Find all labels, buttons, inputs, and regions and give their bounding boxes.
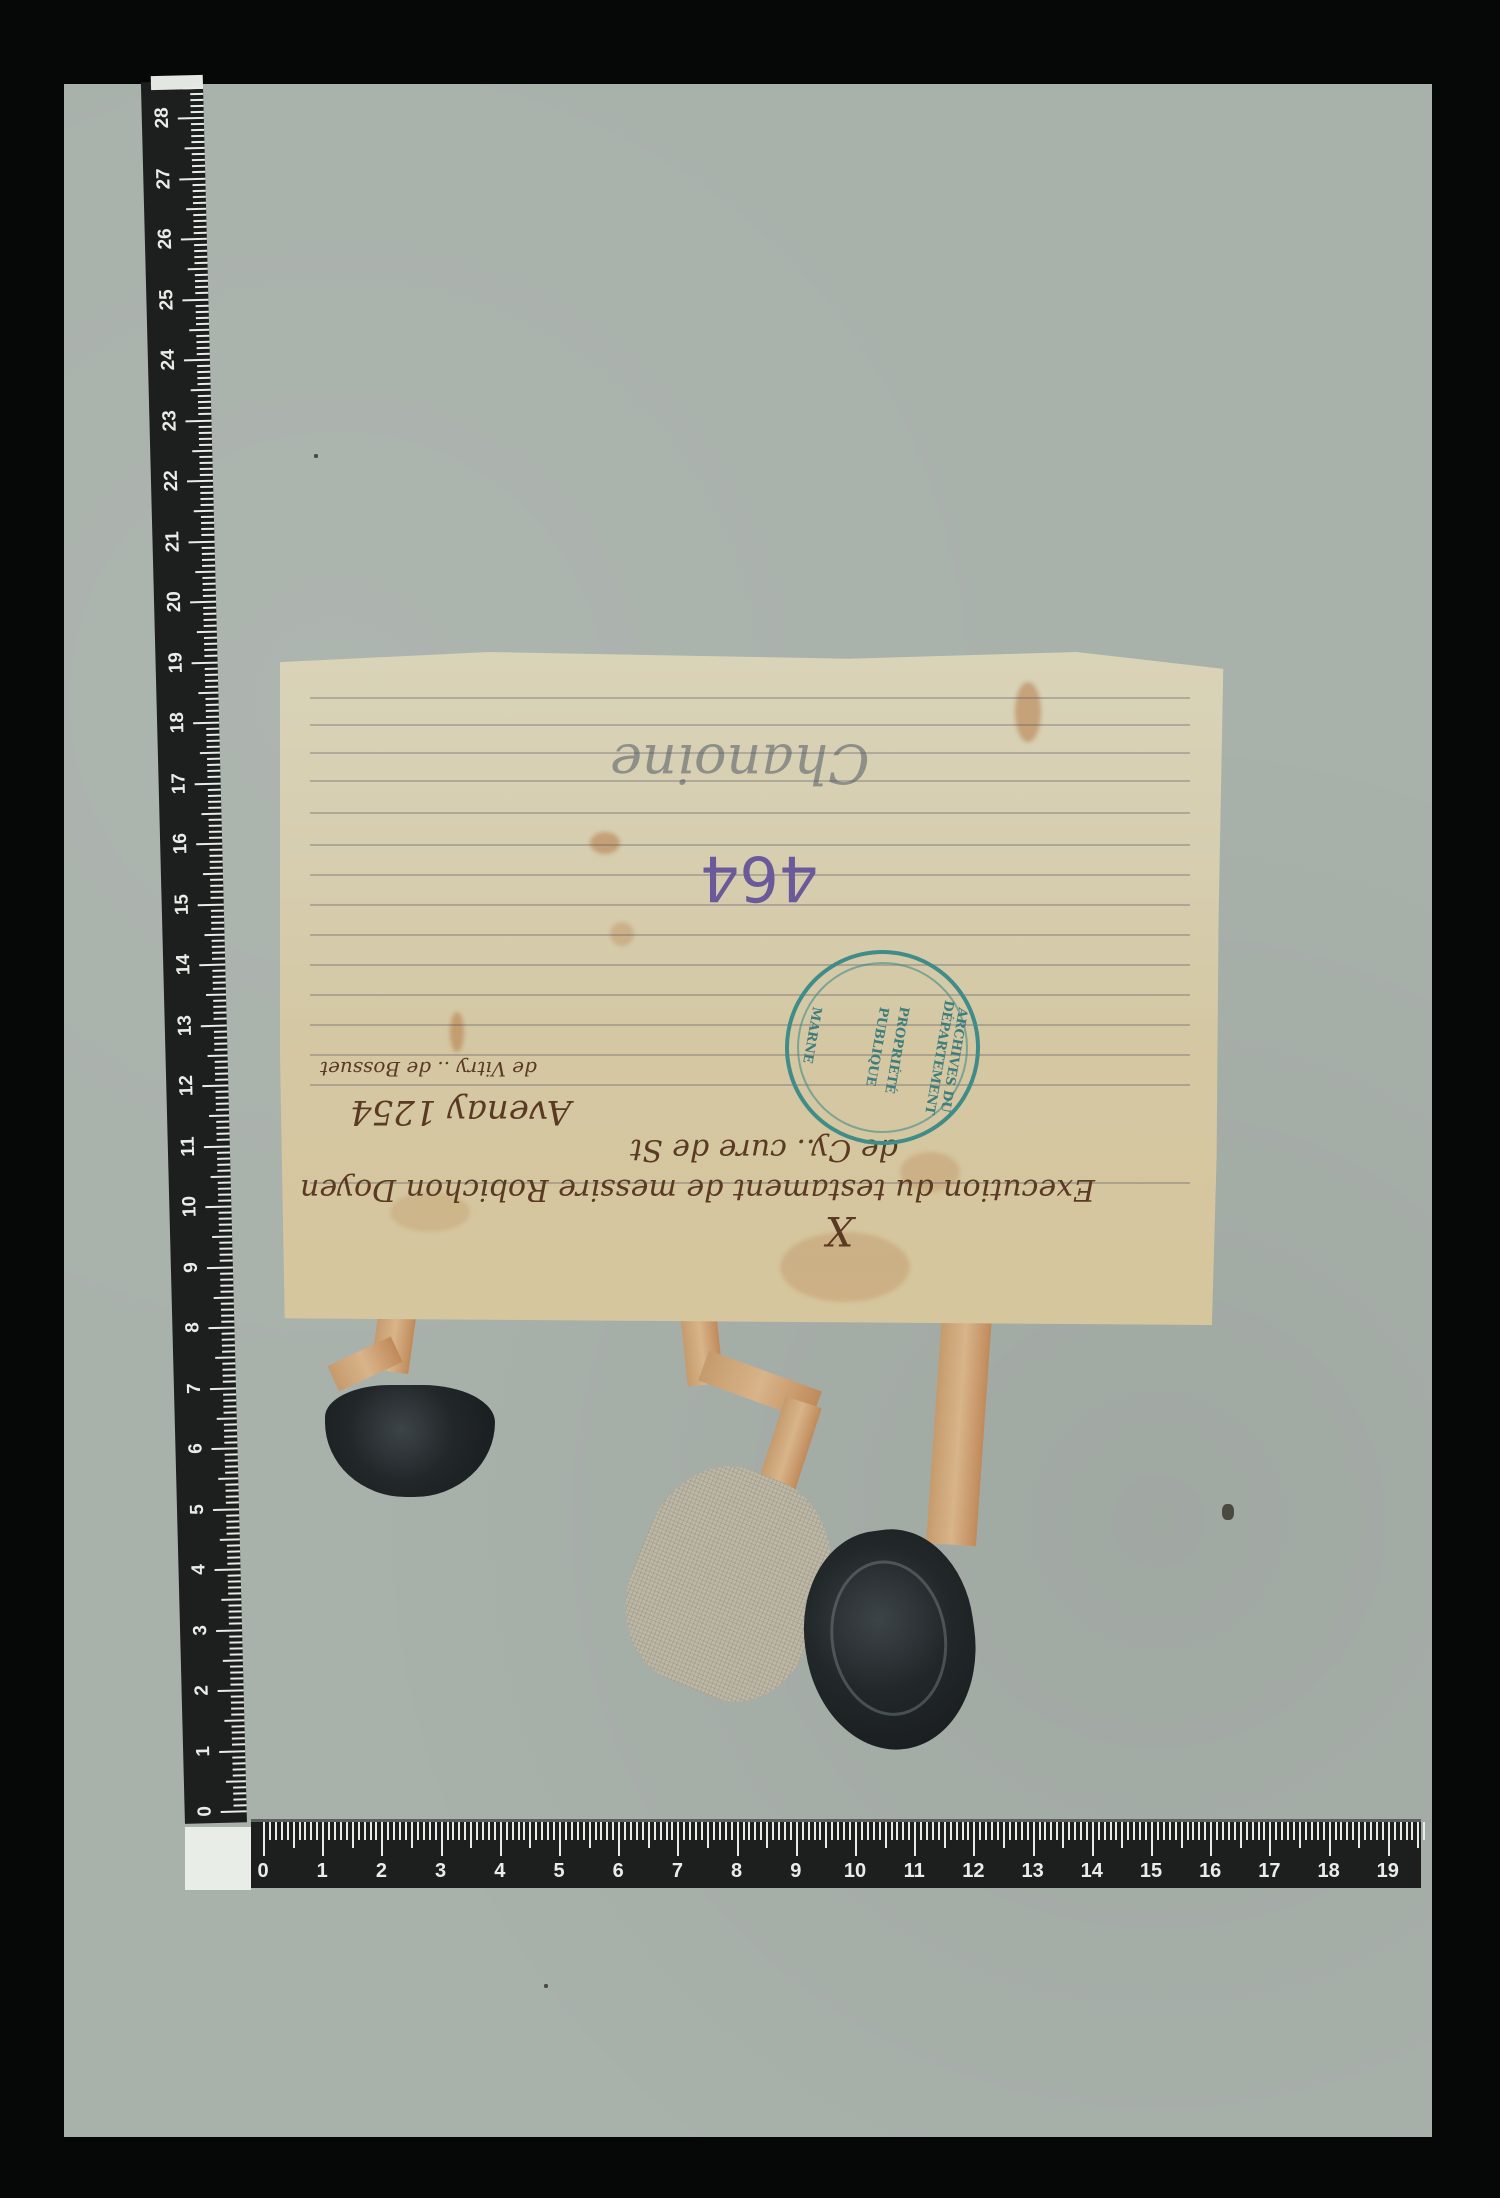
ruler-tick [223, 1399, 236, 1401]
ruler-tick [222, 1351, 235, 1353]
ruler-tick [210, 891, 223, 893]
ruler-tick [441, 1822, 443, 1856]
ruler-label: 6 [603, 1860, 633, 1883]
ruler-tick [1240, 1822, 1242, 1848]
ruler-tick [227, 1550, 240, 1552]
ruler-tick [223, 1405, 236, 1407]
ruler-label: 7 [184, 1373, 207, 1404]
ruler-label: 28 [151, 103, 174, 134]
ruler-tick [328, 1822, 330, 1840]
ruler-tick [849, 1822, 851, 1840]
ruler-tick [1358, 1822, 1360, 1848]
ruler-tick [802, 1822, 804, 1840]
ruler-tick [207, 740, 220, 742]
ruler-tick [1258, 1822, 1260, 1840]
ruler-tick [213, 1006, 226, 1008]
ruler-tick [1210, 1822, 1212, 1856]
text-line [310, 964, 1190, 966]
ruler-tick [201, 528, 214, 530]
ruler-tick [748, 1822, 750, 1840]
ruler-tick [194, 232, 207, 234]
ruler-tick [228, 1574, 241, 1576]
ruler-tick [1323, 1822, 1325, 1840]
ruler-tick [1246, 1822, 1248, 1840]
ruler-tick [207, 1266, 233, 1269]
ruler-tick [217, 1417, 237, 1420]
ruler-label: 10 [840, 1860, 870, 1883]
ruler-label: 24 [158, 345, 181, 376]
ruler-tick [216, 1121, 229, 1123]
ruler-tick [417, 1822, 419, 1840]
ruler-tick [207, 746, 220, 748]
ruler-tick [213, 1012, 226, 1014]
ruler-tick [194, 226, 207, 228]
ruler-tick [1234, 1822, 1236, 1840]
ruler-tick [209, 1115, 229, 1118]
ruler-tick [1033, 1822, 1035, 1856]
ruler-tick [188, 268, 208, 271]
ruler-tick [215, 1072, 228, 1074]
ruler-tick [202, 558, 215, 560]
ruler-label: 8 [182, 1312, 205, 1343]
ruler-tick [206, 994, 226, 997]
ruler-tick [214, 1042, 227, 1044]
ruler-tick [191, 123, 204, 125]
ruler-tick [1388, 1822, 1390, 1856]
seal-impression-ring [820, 1553, 957, 1724]
ruler-label: 16 [170, 828, 193, 859]
ruler-tick [196, 304, 209, 306]
ruler-tick [226, 1520, 239, 1522]
ruler-tick [624, 1822, 626, 1840]
ruler-tick [287, 1822, 289, 1840]
text-line [310, 1084, 1190, 1086]
ruler-tick [997, 1822, 999, 1840]
ruler-tick [358, 1822, 360, 1840]
ruler-tick [202, 552, 215, 554]
ruler-tick [187, 480, 213, 483]
ruler-tick [1110, 1822, 1112, 1840]
ruler-tick [198, 903, 224, 906]
ruler-tick [879, 1822, 881, 1840]
ruler-tick [600, 1822, 602, 1840]
ruler-tick [217, 1157, 230, 1159]
ruler-tick [205, 697, 218, 699]
ruler-label: 21 [162, 526, 185, 557]
ruler-tick [194, 262, 207, 264]
ruler-tick [202, 1085, 228, 1088]
ruler-tick [226, 1780, 246, 1783]
ruler-tick [197, 347, 210, 349]
ruler-tick [199, 425, 212, 427]
ruler-tick [221, 1308, 234, 1310]
text-line [310, 1024, 1190, 1026]
ruler-tick [209, 830, 222, 832]
ruler-tick [212, 970, 225, 972]
ruler-tick [1127, 1822, 1129, 1840]
ruler-tick [1204, 1822, 1206, 1840]
ruler-tick [1068, 1822, 1070, 1840]
ruler-tick [218, 1181, 231, 1183]
ruler-tick [1139, 1822, 1141, 1840]
ruler-tick [193, 195, 206, 197]
ruler-tick [232, 1732, 245, 1734]
ruler-tick [1293, 1822, 1295, 1840]
endorsement-line-4: de Vitry .. de Bossuet [320, 1057, 537, 1081]
ruler-tick [221, 1810, 247, 1813]
ruler-tick [1056, 1822, 1058, 1840]
ruler-tick [819, 1822, 821, 1840]
ruler-tick [232, 1726, 245, 1728]
ruler-tick [873, 1822, 875, 1840]
ruler-tick [938, 1822, 940, 1840]
ruler-tick [193, 220, 206, 222]
ruler-tick [210, 879, 223, 881]
ruler-tick [660, 1822, 662, 1840]
ruler-tick [193, 201, 206, 203]
ruler-tick [547, 1822, 549, 1840]
ruler-tick [648, 1822, 650, 1848]
ruler-tick [212, 957, 225, 959]
ruler-tick [185, 419, 211, 422]
ruler-tick [1192, 1822, 1194, 1840]
ruler-tick [218, 1212, 231, 1214]
ruler-tick [1074, 1822, 1076, 1840]
ruler-tick [979, 1822, 981, 1840]
ruler-tick [196, 322, 209, 324]
ruler-tick [230, 1647, 243, 1649]
ruler-tick [606, 1822, 608, 1840]
ruler-tick [196, 843, 222, 846]
ruler-tick [458, 1822, 460, 1840]
ruler-tick [221, 1599, 241, 1602]
ruler-tick [207, 758, 220, 760]
ruler-tick [218, 1199, 231, 1201]
ruler-label: 13 [174, 1010, 197, 1041]
ruler-tick [190, 105, 203, 107]
ruler-tick [194, 244, 207, 246]
ruler-tick [201, 1024, 227, 1027]
ruler-tick [222, 1363, 235, 1365]
ruler-tick [219, 1218, 232, 1220]
ruler-tick [201, 522, 214, 524]
ruler-tick [512, 1822, 514, 1840]
ruler-tick [1027, 1822, 1029, 1840]
ruler-tick [1062, 1822, 1064, 1848]
ruler-tick [760, 1822, 762, 1840]
ruler-tick [193, 214, 206, 216]
ruler-tick [229, 1611, 242, 1613]
ruler-tick [1169, 1822, 1171, 1840]
ruler-tick [896, 1822, 898, 1840]
ruler-tick [950, 1822, 952, 1840]
ruler-label: 1 [193, 1736, 216, 1767]
endorsement-line-3: Avenay 1254 [350, 1092, 571, 1132]
ruler-tick [423, 1822, 425, 1840]
ruler-tick [198, 383, 211, 385]
ruler-tick [192, 449, 212, 452]
ruler-tick [204, 933, 224, 936]
ruler-tick [470, 1822, 472, 1848]
ruler-tick [1335, 1822, 1337, 1840]
ruler-label: 4 [188, 1554, 211, 1585]
ruler-tick [612, 1822, 614, 1840]
ruler-tick [217, 1169, 230, 1171]
ruler-tick [1163, 1822, 1165, 1840]
ruler-tick [577, 1822, 579, 1840]
ruler-label: 3 [426, 1860, 456, 1883]
ruler-tick [233, 1768, 246, 1770]
ruler-tick [207, 770, 220, 772]
ruler-tick [299, 1822, 301, 1840]
ruler-tick [891, 1822, 893, 1840]
ruler-tick [194, 510, 214, 513]
ruler-tick [506, 1822, 508, 1840]
ruler-tick [269, 1822, 271, 1840]
ruler-tick [205, 685, 218, 687]
ruler-tick [224, 1429, 237, 1431]
ruler-tick [196, 341, 209, 343]
ruler-tick [429, 1822, 431, 1840]
ruler-tick [1003, 1822, 1005, 1848]
ruler-tick [666, 1822, 668, 1840]
ruler-tick [1394, 1822, 1396, 1840]
ruler-tick [211, 915, 224, 917]
ruler-tick [226, 1490, 239, 1492]
ruler-tick [209, 824, 222, 826]
ruler-tick [1222, 1822, 1224, 1840]
ruler-tick [214, 1018, 227, 1020]
ruler-tick [212, 951, 225, 953]
ruler-tick [221, 1320, 234, 1322]
ruler-tick [205, 679, 218, 681]
ruler-tick [399, 1822, 401, 1840]
ruler-tick [225, 1484, 238, 1486]
ruler-tick [201, 504, 214, 506]
ruler-tick [1299, 1822, 1301, 1848]
ruler-tick [196, 310, 209, 312]
ruler-label: 23 [159, 405, 182, 436]
ruler-tick [208, 800, 221, 802]
ruler-tick [204, 643, 217, 645]
ruler-tick [1252, 1822, 1254, 1840]
ruler-tick [1287, 1822, 1289, 1840]
ruler-tick [217, 1133, 230, 1135]
ruler-tick [452, 1822, 454, 1840]
ruler-tick [213, 976, 226, 978]
ruler-tick [229, 1617, 242, 1619]
ruler-tick [224, 1411, 237, 1413]
ruler-tick [814, 1822, 816, 1840]
ruler-tick [281, 1822, 283, 1840]
ruler-tick [636, 1822, 638, 1840]
ruler-tick [1198, 1822, 1200, 1840]
text-line [310, 994, 1190, 996]
ruler-tick [689, 1822, 691, 1840]
ruler-tick [192, 165, 205, 167]
ruler-tick [199, 431, 212, 433]
ruler-label: 26 [154, 224, 177, 255]
ruler-tick [224, 1423, 237, 1425]
ruler-tick [494, 1822, 496, 1840]
ruler-tick [192, 183, 205, 185]
ruler-tick [233, 1786, 246, 1788]
ruler-tick [671, 1822, 673, 1840]
ruler-tick [808, 1822, 810, 1840]
ruler-label: 2 [191, 1675, 214, 1706]
ruler-tick [226, 1502, 239, 1504]
ruler-tick [464, 1822, 466, 1840]
ruler-tick [211, 1175, 231, 1178]
shelf-number: 464 [700, 842, 818, 915]
ruler-tick [1080, 1822, 1082, 1840]
ruler-tick [197, 631, 217, 634]
ruler-label: 11 [899, 1860, 929, 1883]
ruler-tick [219, 1230, 232, 1232]
ruler-tick [203, 583, 216, 585]
ruler-tick [181, 238, 207, 241]
ruler-tick [518, 1822, 520, 1840]
ruler-tick [263, 1822, 265, 1856]
ruler-tick [228, 1586, 241, 1588]
ruler-tick [885, 1822, 887, 1848]
ruler-tick [220, 1254, 233, 1256]
ruler-tick [231, 1714, 244, 1716]
ruler-tick [1115, 1822, 1117, 1840]
ruler-tick [199, 964, 225, 967]
ruler-tick [203, 595, 216, 597]
ruler-tick [737, 1822, 739, 1856]
ruler-tick [210, 861, 223, 863]
text-line [310, 697, 1190, 699]
ruler-tick [224, 1441, 237, 1443]
ruler-tick [216, 1103, 229, 1105]
ruler-tick [219, 1248, 232, 1250]
ruler-tick [202, 564, 215, 566]
ruler-label: 12 [176, 1070, 199, 1101]
ruler-tick [220, 1260, 233, 1262]
ruler-tick [192, 661, 218, 664]
ruler-label: 22 [161, 465, 184, 496]
ruler-tick [228, 1605, 241, 1607]
ruler-tick [387, 1822, 389, 1840]
ruler-tick [583, 1822, 585, 1840]
ruler-tick [1133, 1822, 1135, 1840]
ruler-label: 7 [662, 1860, 692, 1883]
ruler-label: 13 [1018, 1860, 1048, 1883]
text-line [310, 812, 1190, 814]
ruler-label: 4 [485, 1860, 515, 1883]
ruler-tick [214, 1296, 234, 1299]
ruler-tick [201, 812, 221, 815]
ruler-tick [197, 371, 210, 373]
ruler-tick [731, 1822, 733, 1840]
ruler-tick [203, 619, 216, 621]
ruler-tick [229, 1635, 242, 1637]
ruler-tick [1275, 1822, 1277, 1840]
ruler-tick [232, 1738, 245, 1740]
ruler-label: 8 [722, 1860, 752, 1883]
ruler-tick [224, 1720, 244, 1723]
ruler-tick [204, 637, 217, 639]
board-speck [314, 454, 318, 458]
ruler-tick [222, 1332, 235, 1334]
ruler-label: 16 [1195, 1860, 1225, 1883]
ruler-label: 9 [181, 1252, 204, 1283]
ruler-tick [228, 1593, 241, 1595]
ruler-tick [796, 1822, 798, 1856]
ruler-tick [677, 1822, 679, 1856]
ruler-tick [184, 359, 210, 362]
ruler-tick [205, 673, 218, 675]
ruler-tick [225, 1472, 238, 1474]
ruler-tick [195, 292, 208, 294]
ruler-tick [216, 1109, 229, 1111]
ruler-tick [214, 1030, 227, 1032]
ruler-tick [190, 601, 216, 604]
ruler-tick [1181, 1822, 1183, 1848]
ruler-tick [200, 468, 213, 470]
ruler-tick [203, 873, 223, 876]
ruler-tick [230, 1683, 243, 1685]
ruler-tick [179, 177, 205, 180]
ruler-tick [225, 1459, 238, 1461]
ruler-label: 11 [177, 1131, 200, 1162]
ruler-tick [226, 1514, 239, 1516]
ruler-tick [589, 1822, 591, 1848]
ruler-tick [219, 1242, 232, 1244]
ruler-tick [227, 1532, 240, 1534]
ruler-tick [488, 1822, 490, 1840]
ruler-tick [1086, 1822, 1088, 1840]
stain [450, 1012, 464, 1052]
ruler-tick [207, 776, 220, 778]
ruler-tick [194, 256, 207, 258]
ruler-tick [553, 1822, 555, 1840]
ruler-tick [220, 1538, 240, 1541]
ruler-tick [352, 1822, 354, 1848]
ruler-tick [1151, 1822, 1153, 1856]
ruler-tick [571, 1822, 573, 1840]
ruler-label: 14 [173, 949, 196, 980]
ruler-tick [719, 1822, 721, 1840]
ruler-tick [213, 1508, 239, 1511]
ruler-tick [193, 189, 206, 191]
ruler-tick [1370, 1822, 1372, 1840]
ruler-tick [208, 788, 221, 790]
ruler-tick [192, 171, 205, 173]
ruler-tick [218, 1193, 231, 1195]
ruler-tick [208, 1326, 234, 1329]
ruler-tick [210, 1387, 236, 1390]
ruler-tick [855, 1822, 857, 1856]
ruler-tick [198, 407, 211, 409]
ruler-tick [198, 401, 211, 403]
ruler-tick [195, 782, 221, 785]
ruler-tick [195, 570, 215, 573]
ruler-tick [920, 1822, 922, 1840]
ruler-tick [190, 93, 203, 95]
ruler-tick [195, 274, 208, 276]
ruler-tick [201, 534, 214, 536]
ruler-label: 14 [1077, 1860, 1107, 1883]
ruler-tick [233, 1774, 246, 1776]
ruler-tick [198, 691, 218, 694]
ruler-tick [304, 1822, 306, 1840]
ruler-tick [182, 298, 208, 301]
ruler-label: 19 [1373, 1860, 1403, 1883]
ruler-tick [211, 927, 224, 929]
